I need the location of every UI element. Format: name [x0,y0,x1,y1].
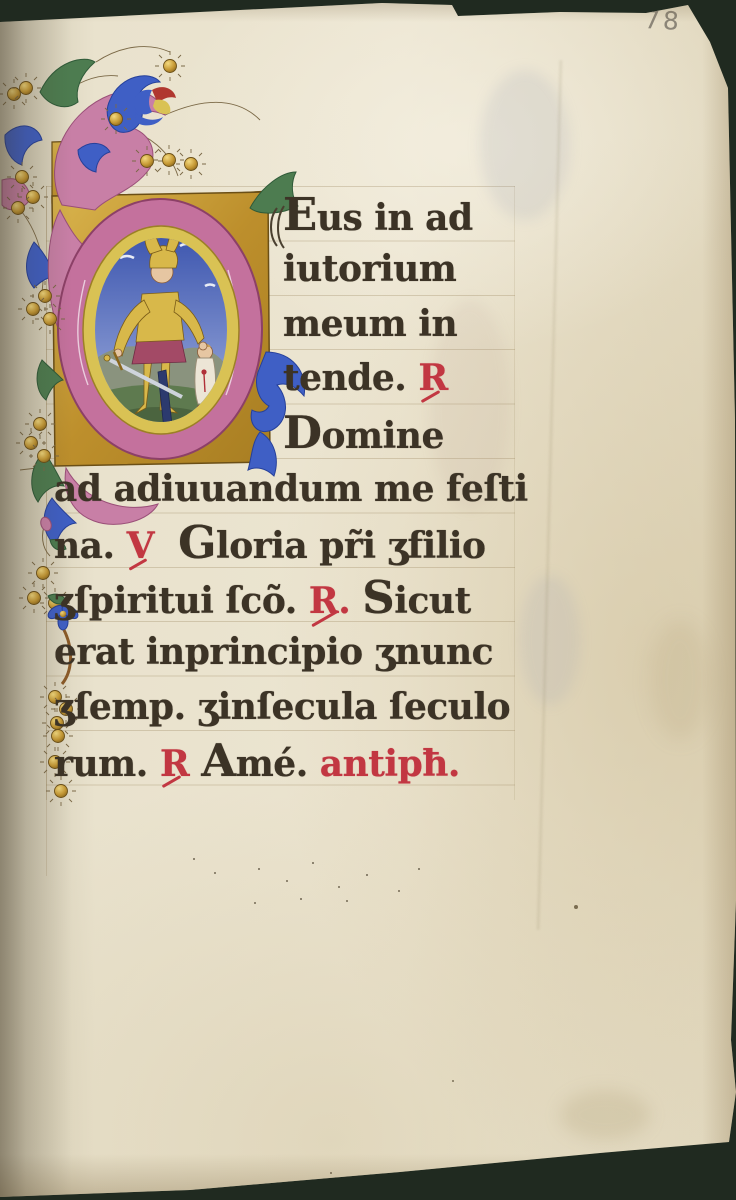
manuscript-line: ad adiuuandum me feſti [54,462,528,516]
manuscript-line: Eus in ad [283,188,473,242]
text-segment: icut [394,580,470,622]
rubric-text: R. [309,574,350,628]
text-segment [350,580,362,622]
text-segment: loria pr̃i ʒfilio [216,525,486,567]
initial-d [58,199,262,459]
show-through-mark [520,575,580,705]
text-segment: tende. [283,357,418,399]
rubric-text: V [127,519,154,573]
rubric-text: antipħ. [320,743,460,785]
manuscript-page: Eus in adiutoriummeum intende. RDomine a… [0,0,736,1200]
versal-text: G [178,516,216,569]
text-segment: us in ad [317,197,473,239]
manuscript-line: ʒſpiritui ſcõ. R. Sicut [54,571,528,625]
text-block-full-width: ad adiuuandum me feſtina. V Gloria pr̃i … [54,462,528,788]
text-segment: iutorium [283,248,456,290]
text-segment: omine [322,415,444,457]
text-segment: ʒſemp. ʒinſecula ſeculo [54,686,510,728]
manuscript-line: tende. R [283,351,473,405]
stain [650,620,710,740]
text-segment: mé. [236,743,320,785]
manuscript-line: rum. R Amé. antipħ. [54,734,528,788]
manuscript-line: na. V Gloria pr̃i ʒfilio [54,516,528,570]
manuscript-line: meum in [283,297,473,351]
rubric-text: R [160,737,189,791]
text-block-beside-initial: Eus in adiutoriummeum intende. RDomine [283,188,473,460]
text-segment: ʒſpiritui ſcõ. [54,580,309,622]
versal-text: S [362,571,394,624]
stain [560,1090,650,1140]
versal-text: E [283,188,317,241]
manuscript-photo: { "page": { "folio_number": "78", "initi… [0,0,736,1200]
vellum-crease [537,60,563,930]
text-segment [154,525,178,567]
manuscript-line: Domine [283,406,473,460]
text-segment [189,743,201,785]
text-segment: rum. [54,743,160,785]
text-segment: meum in [283,303,457,345]
manuscript-line: erat inprincipio ʒnunc [54,625,528,679]
folio-number: 78 [643,5,682,36]
versal-text: D [283,406,322,459]
text-segment: ad adiuuandum me feſti [54,468,528,510]
manuscript-line: iutorium [283,242,473,296]
text-segment: erat inprincipio ʒnunc [54,631,493,673]
ink-specks [0,0,2,2]
text-segment: na. [54,525,127,567]
manuscript-line: ʒſemp. ʒinſecula ſeculo [54,680,528,734]
rubric-text: R [418,351,447,405]
versal-text: A [201,734,235,787]
border-flower [134,87,176,125]
